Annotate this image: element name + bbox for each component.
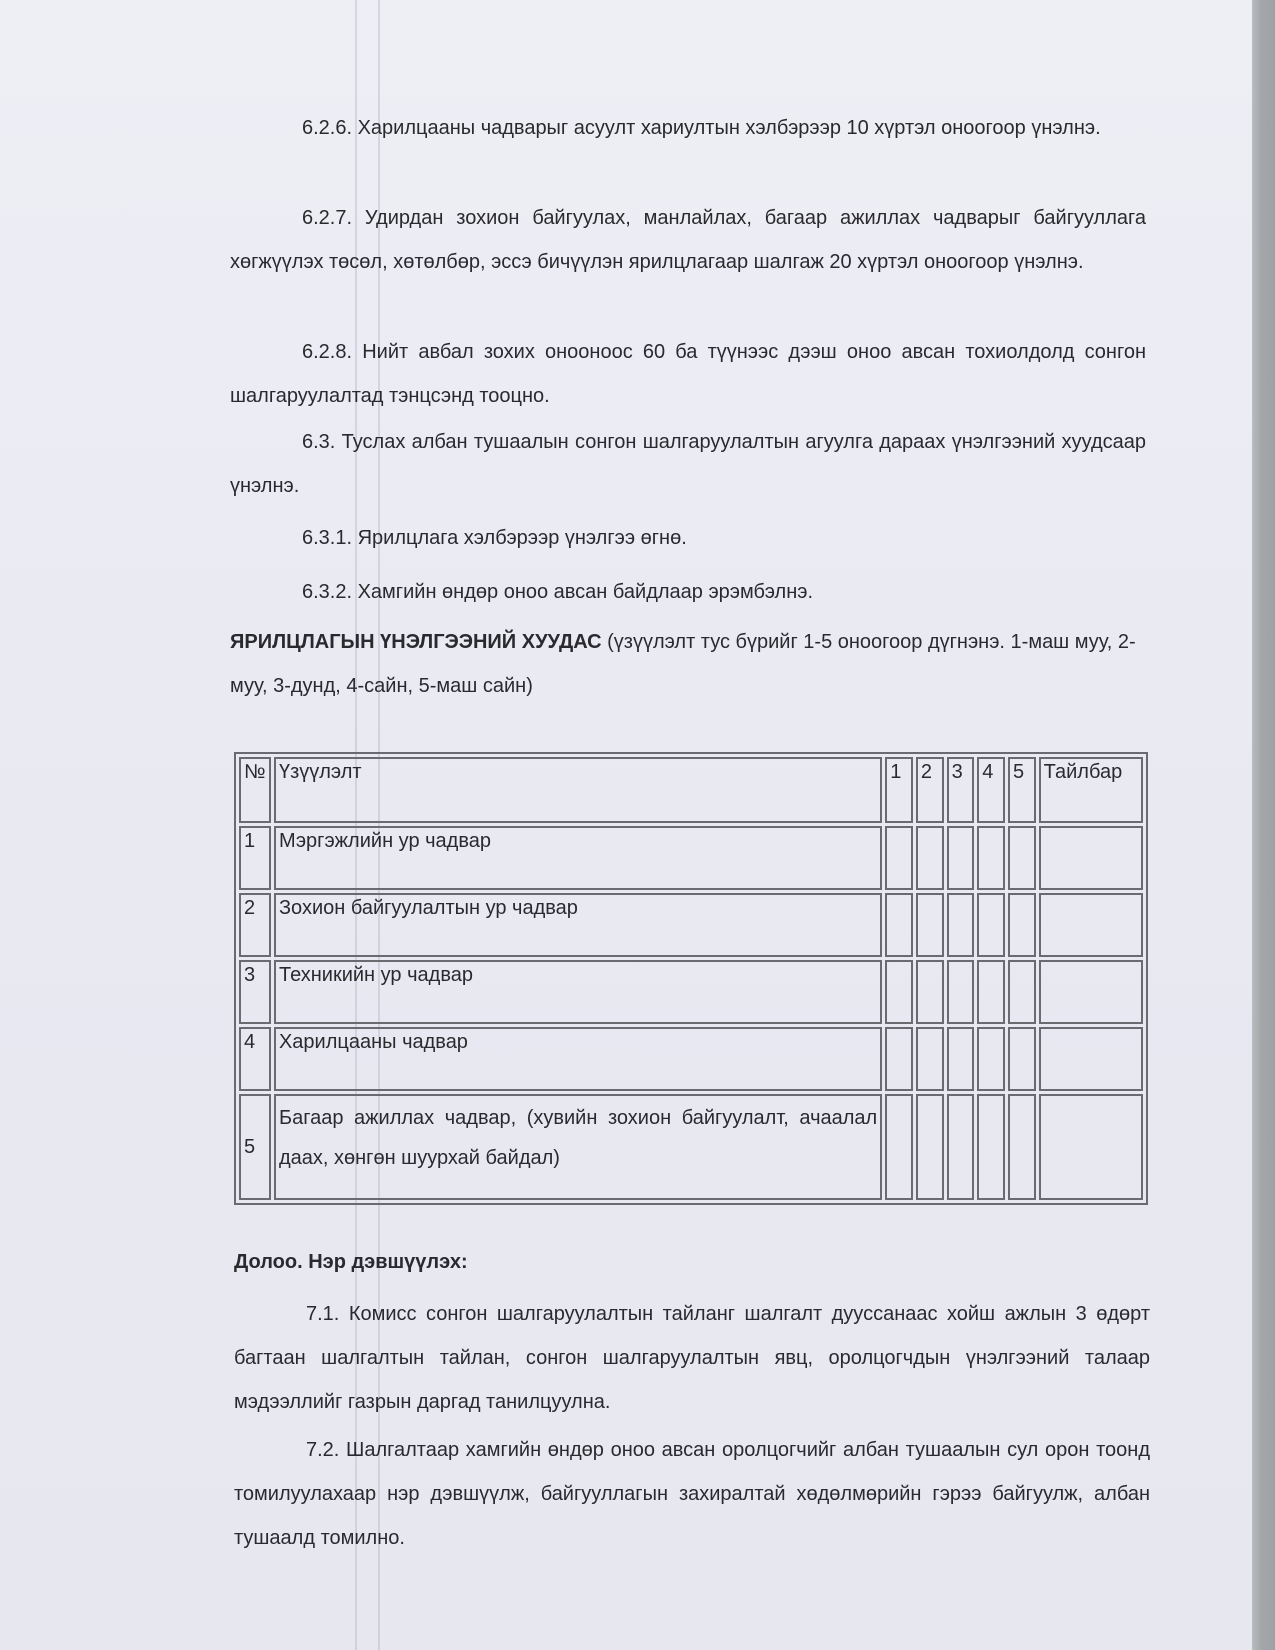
table-row: 2 Зохион байгуулалтын ур чадвар bbox=[239, 893, 1143, 957]
section-7-heading: Долоо. Нэр дэвшүүлэх: bbox=[234, 1240, 1150, 1284]
row-num: 4 bbox=[239, 1027, 271, 1091]
score-cell bbox=[977, 826, 1005, 890]
paragraph-7-2: 7.2. Шалгалтаар хамгийн өндөр оноо авсан… bbox=[234, 1428, 1150, 1560]
score-cell bbox=[1008, 1027, 1036, 1091]
table-row: 4 Харилцааны чадвар bbox=[239, 1027, 1143, 1091]
note-cell bbox=[1039, 826, 1143, 890]
score-cell bbox=[916, 960, 944, 1024]
score-cell bbox=[885, 1094, 913, 1200]
header-note: Тайлбар bbox=[1039, 757, 1143, 823]
score-cell bbox=[947, 1094, 975, 1200]
row-criterion: Зохион байгуулалтын ур чадвар bbox=[274, 893, 882, 957]
paragraph-6-2-8: 6.2.8. Нийт авбал зохих онооноос 60 ба т… bbox=[230, 330, 1146, 418]
score-cell bbox=[1008, 826, 1036, 890]
row-criterion: Мэргэжлийн ур чадвар bbox=[274, 826, 882, 890]
table-row: 5 Багаар ажиллах чадвар, (хувийн зохион … bbox=[239, 1094, 1143, 1200]
row-criterion: Багаар ажиллах чадвар, (хувийн зохион ба… bbox=[274, 1094, 882, 1200]
header-score-1: 1 bbox=[885, 757, 913, 823]
header-score-3: 3 bbox=[947, 757, 975, 823]
score-cell bbox=[947, 1027, 975, 1091]
note-cell bbox=[1039, 1094, 1143, 1200]
paragraph-6-2-6: 6.2.6. Харилцааны чадварыг асуулт хариул… bbox=[230, 106, 1146, 150]
paragraph-6-3: 6.3. Туслах албан тушаалын сонгон шалгар… bbox=[230, 420, 1146, 508]
score-cell bbox=[885, 1027, 913, 1091]
score-cell bbox=[885, 826, 913, 890]
score-cell bbox=[977, 1027, 1005, 1091]
row-num: 2 bbox=[239, 893, 271, 957]
score-cell bbox=[1008, 960, 1036, 1024]
score-cell bbox=[916, 826, 944, 890]
score-cell bbox=[977, 960, 1005, 1024]
row-criterion: Харилцааны чадвар bbox=[274, 1027, 882, 1091]
score-cell bbox=[916, 1094, 944, 1200]
score-cell bbox=[947, 826, 975, 890]
table-header-row: № Үзүүлэлт 1 2 3 4 5 Тайлбар bbox=[239, 757, 1143, 823]
score-cell bbox=[947, 893, 975, 957]
row-num: 1 bbox=[239, 826, 271, 890]
evaluation-sheet-intro: ЯРИЛЦЛАГЫН ҮНЭЛГЭЭНИЙ ХУУДАС (үзүүлэлт т… bbox=[230, 620, 1146, 708]
table-row: 1 Мэргэжлийн ур чадвар bbox=[239, 826, 1143, 890]
note-cell bbox=[1039, 1027, 1143, 1091]
header-score-5: 5 bbox=[1008, 757, 1036, 823]
score-cell bbox=[977, 893, 1005, 957]
score-cell bbox=[885, 960, 913, 1024]
score-cell bbox=[916, 893, 944, 957]
evaluation-sheet-title: ЯРИЛЦЛАГЫН ҮНЭЛГЭЭНИЙ ХУУДАС bbox=[230, 631, 602, 653]
score-cell bbox=[916, 1027, 944, 1091]
paragraph-6-2-7: 6.2.7. Удирдан зохион байгуулах, манлайл… bbox=[230, 196, 1146, 284]
score-cell bbox=[885, 893, 913, 957]
row-num: 3 bbox=[239, 960, 271, 1024]
header-score-4: 4 bbox=[977, 757, 1005, 823]
header-score-2: 2 bbox=[916, 757, 944, 823]
page-edge bbox=[1252, 0, 1275, 1650]
note-cell bbox=[1039, 893, 1143, 957]
score-cell bbox=[977, 1094, 1005, 1200]
row-num: 5 bbox=[239, 1094, 271, 1200]
score-cell bbox=[1008, 1094, 1036, 1200]
header-num: № bbox=[239, 757, 271, 823]
score-cell bbox=[947, 960, 975, 1024]
table-row: 3 Техникийн ур чадвар bbox=[239, 960, 1143, 1024]
paragraph-7-1: 7.1. Комисс сонгон шалгаруулалтын тайлан… bbox=[234, 1292, 1150, 1424]
paragraph-6-3-1: 6.3.1. Ярилцлага хэлбэрээр үнэлгээ өгнө. bbox=[230, 516, 1146, 560]
row-criterion: Техникийн ур чадвар bbox=[274, 960, 882, 1024]
score-cell bbox=[1008, 893, 1036, 957]
evaluation-table: № Үзүүлэлт 1 2 3 4 5 Тайлбар 1 Мэргэжлий… bbox=[234, 752, 1148, 1205]
header-criterion: Үзүүлэлт bbox=[274, 757, 882, 823]
note-cell bbox=[1039, 960, 1143, 1024]
paragraph-6-3-2: 6.3.2. Хамгийн өндөр оноо авсан байдлаар… bbox=[230, 570, 1146, 614]
